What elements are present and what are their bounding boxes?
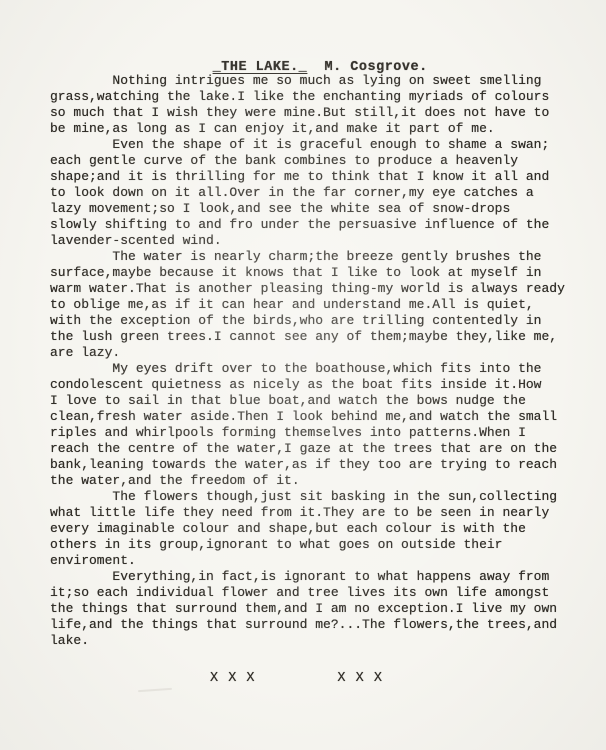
text-line: every imaginable colour and shape,but ea… [50,521,576,537]
text-line: lazy movement;so I look,and see the whit… [50,201,576,217]
text-line: Nothing intrigues me so much as lying on… [50,73,576,89]
text-line: riples and whirlpools forming themselves… [50,425,576,441]
text-line: I love to sail in that blue boat,and wat… [50,393,576,409]
typewritten-page: _THE LAKE._ M. Cosgrove. Nothing intrigu… [0,0,606,750]
text-line: others in its group,ignorant to what goe… [50,537,576,553]
text-line: to look down on it all.Over in the far c… [50,185,576,201]
text-line: condolescent quietness as nicely as the … [50,377,576,393]
text-line: lavender-scented wind. [50,233,576,249]
text-line: warm water.That is another pleasing thin… [50,281,576,297]
text-line: are lazy. [50,345,576,361]
text-line: The water is nearly charm;the breeze gen… [50,249,576,265]
text-line: the things that surround them,and I am n… [50,601,576,617]
text-line: The flowers though,just sit basking in t… [50,489,576,505]
text-line: to oblige me,as if it can hear and under… [50,297,576,313]
text-line: slowly shifting to and fro under the per… [50,217,576,233]
text-line: the lush green trees.I cannot see any of… [50,329,576,345]
text-line: shape;and it is thrilling for me to thin… [50,169,576,185]
document-body: Nothing intrigues me so much as lying on… [50,73,576,649]
text-line: My eyes drift over to the boathouse,whic… [50,361,576,377]
footer-marks: X X X X X X [210,671,383,686]
text-line: clean,fresh water aside.Then I look behi… [50,409,576,425]
text-line: bank,leaning towards the water,as if the… [50,457,576,473]
text-line: the water,and the freedom of it. [50,473,576,489]
text-line: lake. [50,633,576,649]
text-line: grass,watching the lake.I like the encha… [50,89,576,105]
text-line: Even the shape of it is graceful enough … [50,137,576,153]
text-line: what little life they need from it.They … [50,505,576,521]
text-line: be mine,as long as I can enjoy it,and ma… [50,121,576,137]
text-line: enviroment. [50,553,576,569]
text-line: life,and the things that surround me?...… [50,617,576,633]
text-line: reach the centre of the water,I gaze at … [50,441,576,457]
text-line: surface,maybe because it knows that I li… [50,265,576,281]
text-line: it;so each individual flower and tree li… [50,585,576,601]
text-line: Everything,in fact,is ignorant to what h… [50,569,576,585]
scan-smudge [138,688,172,692]
text-line: so much that I wish they were mine.But s… [50,105,576,121]
text-line: each gentle curve of the bank combines t… [50,153,576,169]
text-line: with the exception of the birds,who are … [50,313,576,329]
